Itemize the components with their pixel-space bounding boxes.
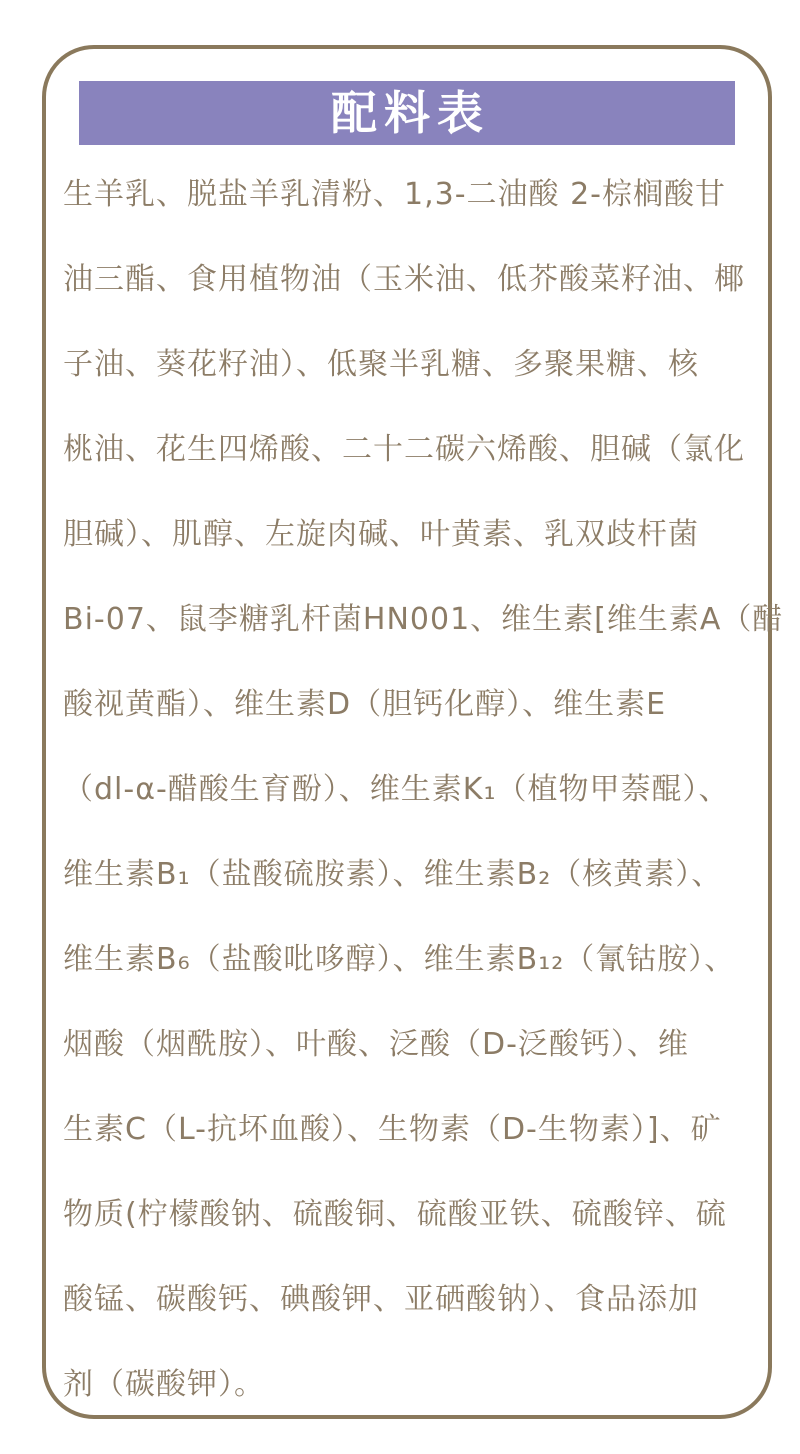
ingredients-title: 配料表 (324, 90, 490, 136)
ingredients-line: 桃油、花生四烯酸、二十二碳六烯酸、胆碱（氯化 (63, 403, 751, 488)
ingredients-line: 子油、葵花籽油）、低聚半乳糖、多聚果糖、核 (63, 318, 751, 403)
ingredients-line: 物质(柠檬酸钠、硫酸铜、硫酸亚铁、硫酸锌、硫 (63, 1168, 751, 1253)
ingredient-label-page: 配料表 生羊乳、脱盐羊乳清粉、1,3-二油酸 2-棕榈酸甘油三酯、食用植物油（玉… (0, 0, 800, 1454)
ingredients-line: 剂（碳酸钾）。 (63, 1338, 751, 1423)
ingredients-line: 生羊乳、脱盐羊乳清粉、1,3-二油酸 2-棕榈酸甘 (63, 148, 751, 233)
ingredients-line: （dl-α-醋酸生育酚）、维生素K₁（植物甲萘醌）、 (63, 743, 751, 828)
ingredients-line: 生素C（L-抗坏血酸）、生物素（D-生物素）]、矿 (63, 1083, 751, 1168)
ingredients-text-block: 生羊乳、脱盐羊乳清粉、1,3-二油酸 2-棕榈酸甘油三酯、食用植物油（玉米油、低… (46, 148, 768, 1423)
ingredients-line: 油三酯、食用植物油（玉米油、低芥酸菜籽油、椰 (63, 233, 751, 318)
ingredients-card: 配料表 生羊乳、脱盐羊乳清粉、1,3-二油酸 2-棕榈酸甘油三酯、食用植物油（玉… (42, 45, 772, 1419)
ingredients-line: 烟酸（烟酰胺）、叶酸、泛酸（D-泛酸钙）、维 (63, 998, 751, 1083)
ingredients-header-banner: 配料表 (79, 81, 735, 145)
ingredients-line: 维生素B₆（盐酸吡哆醇）、维生素B₁₂（氰钴胺）、 (63, 913, 751, 998)
ingredients-line: 酸锰、碳酸钙、碘酸钾、亚硒酸钠）、食品添加 (63, 1253, 751, 1338)
ingredients-line: 酸视黄酯）、维生素D（胆钙化醇）、维生素E (63, 658, 751, 743)
ingredients-line: Bi-07、鼠李糖乳杆菌HN001、维生素[维生素A（醋 (63, 573, 751, 658)
ingredients-line: 胆碱）、肌醇、左旋肉碱、叶黄素、乳双歧杆菌 (63, 488, 751, 573)
ingredients-line: 维生素B₁（盐酸硫胺素）、维生素B₂（核黄素）、 (63, 828, 751, 913)
